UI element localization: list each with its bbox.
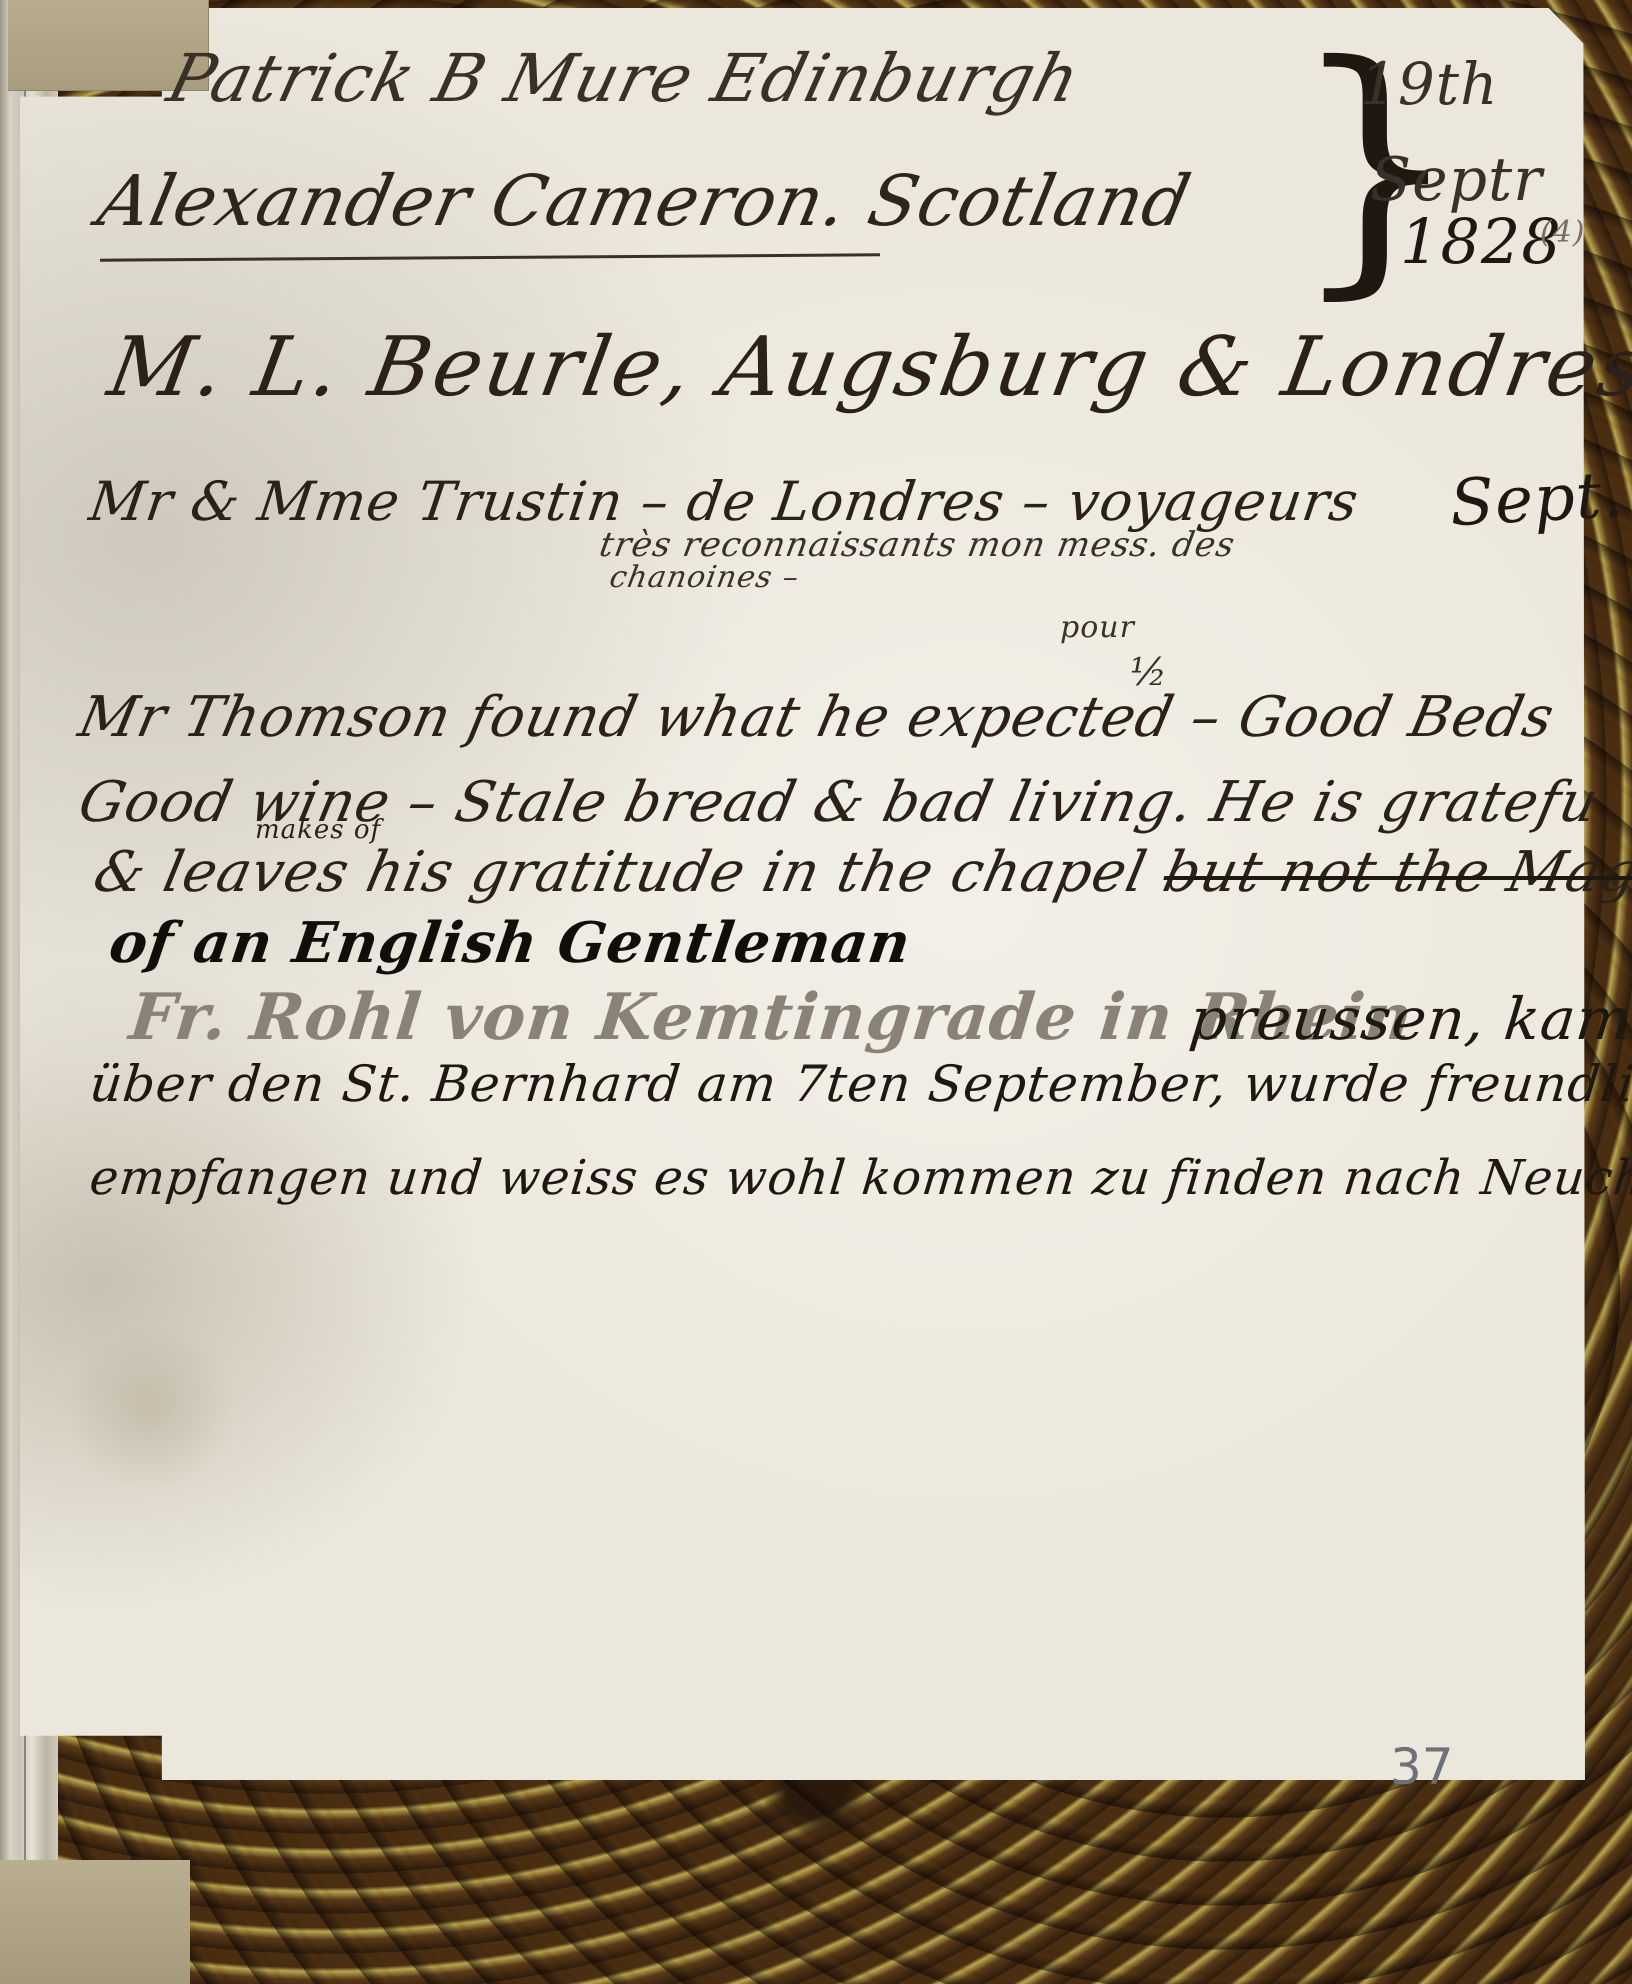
entry-1-date-year: 1828 bbox=[1400, 205, 1562, 278]
entry-2-line: M. L. Beurle, Augsburg & Londres bbox=[102, 320, 1632, 415]
entry-4-line-3: & leaves his gratitude in the chapel but… bbox=[88, 840, 1632, 905]
entry-1-line-1: Patrick B Mure Edinburgh bbox=[160, 40, 1087, 117]
entry-5-line-2: über den St. Bernhard am 7ten September,… bbox=[87, 1055, 1632, 1113]
entry-1-margin-mark: (4) bbox=[1540, 215, 1586, 250]
water-stain bbox=[60, 1328, 240, 1488]
entry-5-line-3: empfangen und weiss es wohl kommen zu fi… bbox=[87, 1150, 1632, 1206]
entry-4-struck-text: but not the Mag bbox=[1158, 840, 1632, 905]
entry-1-date-day: 19th bbox=[1360, 50, 1498, 118]
entry-3-date: Sept. 19 bbox=[1448, 453, 1632, 541]
entry-4-superscript-pour: pour bbox=[1060, 610, 1135, 645]
entry-3-line: Mr & Mme Trustin – de Londres – voyageur… bbox=[86, 470, 1363, 533]
entry-5-line-1-dark: preussen, kam bbox=[1186, 985, 1632, 1053]
entry-3-note-2: chanoines – bbox=[607, 560, 802, 595]
folio-number: 37 bbox=[1390, 1738, 1454, 1796]
entry-4-line-4: of an English Gentleman bbox=[105, 910, 915, 976]
entry-4-line-1: Mr Thomson found what he expected – Good… bbox=[73, 685, 1560, 750]
entry-4-line-3-text: & leaves his gratitude in the chapel bbox=[88, 840, 1153, 905]
entry-1-line-2: Alexander Cameron. Scotland bbox=[91, 160, 1198, 242]
parchment-tab-bottom bbox=[0, 1860, 190, 1984]
entry-3-note-1: très reconnaissants mon mess. des bbox=[596, 525, 1238, 565]
